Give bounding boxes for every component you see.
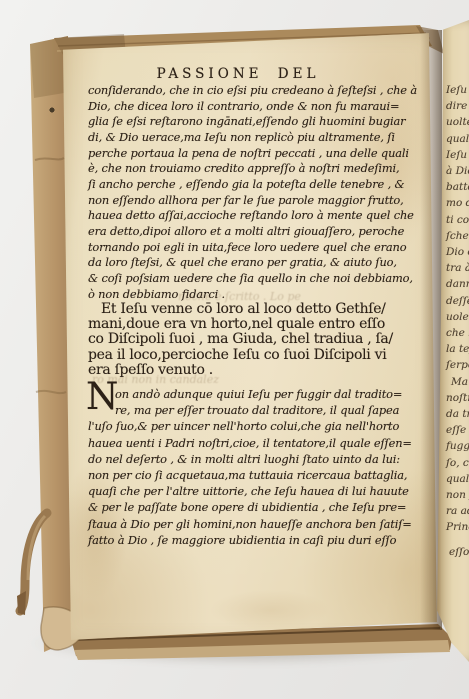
text-line-fragment: Dio con: [446, 244, 469, 260]
text-line: tornando poi egli in uita,fece loro uede…: [88, 240, 418, 256]
text-line: Dio, che dicea loro il contrario, onde &…: [88, 99, 418, 115]
text-line-fragment: fuggiue m: [446, 438, 469, 454]
text-line-fragment: uolte,ma: [446, 114, 469, 130]
left-page: PASSIONE DEL noche è ſcritto . Lo pe ro …: [60, 30, 438, 646]
text-line-fragment: deſſe la: [446, 293, 469, 309]
text-line-fragment: noſtro co: [446, 390, 469, 406]
text-line: hauea detto aſſai,accioche reſtando loro…: [88, 208, 418, 224]
text-line: l'uſo ſuo,& per uincer nell'horto colui,…: [88, 418, 418, 434]
text-line: mani,doue era vn horto,nel quale entro e…: [88, 317, 418, 332]
text-line: perche portaua la pena de noſtri peccati…: [88, 146, 418, 162]
text-line: è, che non trouiamo credito appreſſo à n…: [88, 161, 418, 177]
text-line: conſiderando, che in cio eſsi piu credea…: [88, 83, 418, 99]
text-line: ſi ancho perche , eſſendo gia la poteſta…: [88, 177, 418, 193]
ink-speck: [50, 108, 55, 113]
tie-strap-tip: [17, 591, 26, 615]
text-line: glia ſe eſsi reſtarono ingānati,eſſendo …: [88, 114, 418, 130]
text-line: fatto à Dio , ſe maggiore ubidientia in …: [88, 532, 418, 548]
text-line: on andò adunque quiui Ieſu per fuggir da…: [88, 386, 418, 402]
text-line: & coſi poſsiam uedere che ſia quello in …: [88, 271, 418, 287]
text-line: hauea uenti i Padri noſtri,cioe, il tent…: [88, 435, 418, 451]
paragraph-italic-1: conſiderando, che in cio eſsi piu credea…: [88, 83, 418, 302]
text-line: era detto,dipoi alloro et a molti altri …: [88, 224, 418, 240]
text-line: & per le paſſate bone opere di ubidienti…: [88, 499, 418, 515]
text-line-fragment: la teſta,: [446, 341, 469, 357]
text-line-fragment: eſſe à ſu: [446, 422, 469, 438]
text-line-fragment: qual: [446, 471, 469, 487]
text-line-fragment: ra ad e: [446, 503, 469, 519]
running-head: PASSIONE DEL: [78, 66, 398, 82]
text-line-fragment: ſerpente: [446, 357, 469, 373]
text-line-fragment: tra à Ieſ: [446, 260, 469, 276]
text-line-fragment: danno a: [446, 276, 469, 292]
text-line-fragment: da tra pe: [446, 406, 469, 422]
text-line: pea il loco,percioche Ieſu co ſuoi Diſci…: [88, 348, 418, 363]
spine-crease: [35, 158, 64, 160]
paragraph-italic-2: on andò adunque quiui Ieſu per fuggir da…: [88, 386, 418, 548]
text-line-fragment: che ha: [446, 325, 469, 341]
text-line: Et Ieſu venne cō loro al loco detto Geth…: [88, 302, 418, 317]
text-line-fragment: Ma tu: [446, 374, 469, 390]
facing-page-text: Ieſu à Didire non cuolte,maquali eſſoIeſ…: [446, 82, 469, 560]
text-line-fragment: dire non c: [446, 98, 469, 114]
text-line: di, & Dio uerace,ma Ieſu non replicò piu…: [88, 130, 418, 146]
text-line-fragment: Ieſu romp: [446, 147, 469, 163]
text-line: co Diſcipoli ſuoi , ma Giuda, chel tradi…: [88, 332, 418, 347]
text-line-fragment: ſo, che d: [446, 455, 469, 471]
paragraph-roman: Et Ieſu venne cō loro al loco detto Geth…: [88, 302, 418, 378]
page-stain: [210, 590, 330, 630]
text-line: era ſpeſſo venuto .: [88, 363, 418, 378]
text-line: ò non debbiamo fidarci .: [88, 287, 418, 303]
text-line: quaſi che per l'altre uittorie, che Ieſu…: [88, 483, 418, 499]
book-photo-scene: PASSIONE DEL noche è ſcritto . Lo pe ro …: [0, 0, 469, 699]
text-line: da loro ſteſsi, & quel che erano per gra…: [88, 255, 418, 271]
text-line: non eſſendo allhora per far le ſue parol…: [88, 193, 418, 209]
text-line-fragment: ti con Ec: [446, 212, 469, 228]
text-line-fragment: Ieſu à Di: [446, 82, 469, 98]
text-line-fragment: uolea ſ: [446, 309, 469, 325]
text-line: non per cio ſi acquetaua,ma tuttauia ric…: [88, 467, 418, 483]
text-line-fragment: Principi: [446, 519, 469, 535]
text-line-fragment: battere co: [446, 179, 469, 195]
text-line: ſtaua à Dio per gli homini,non haueſſe a…: [88, 516, 418, 532]
text-line-fragment: ſcherni,: [446, 228, 469, 244]
text-line-fragment: eſſo and: [446, 544, 469, 560]
text-line-fragment: mo della: [446, 195, 469, 211]
text-line-fragment: non ſugg: [446, 487, 469, 503]
text-line: do nel deſerto , & in molti altri luoghi…: [88, 451, 418, 467]
text-line-fragment: quali eſſo: [446, 131, 469, 147]
text-line: re, ma per eſſer trouato dal traditore, …: [88, 402, 418, 418]
text-line-fragment: à Dio pie: [446, 163, 469, 179]
